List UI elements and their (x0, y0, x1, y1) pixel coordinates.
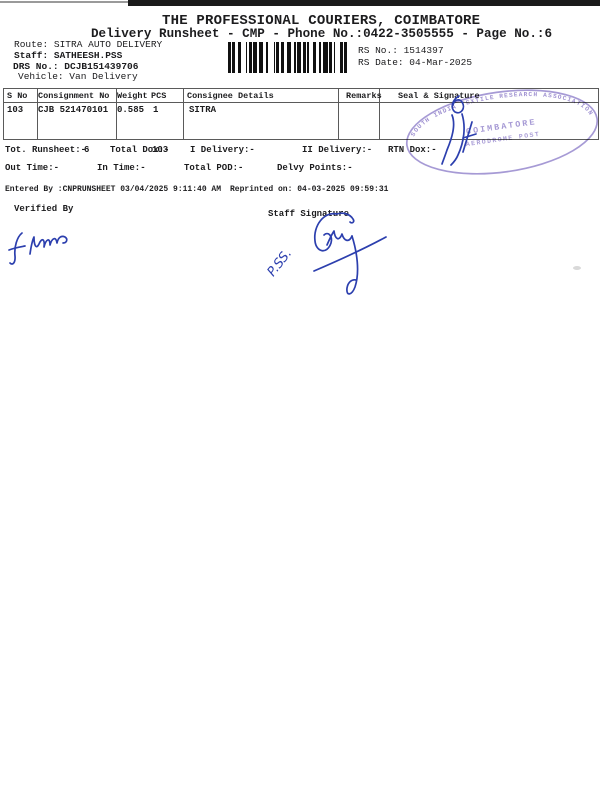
i-delivery-label: I Delivery:- (190, 145, 255, 155)
staff-signature-zigzag (327, 231, 352, 245)
rs-no-line: RS No.: 1514397 (358, 45, 444, 56)
scan-smudge (573, 266, 581, 270)
verified-signature-scribble (30, 236, 67, 254)
staff-signature-crossline (314, 237, 386, 271)
row-sno: 103 (7, 105, 23, 115)
consignment-table: S No Consignment No Weight PCS Consignee… (3, 88, 599, 140)
in-time-label: In Time:- (97, 163, 146, 173)
tot-runsheet-label: Tot. Runsheet:- (5, 145, 86, 155)
col-header-sno: S No (7, 91, 27, 101)
delvy-points-label: Delvy Points:- (277, 163, 353, 173)
delivery-runsheet-document: THE PROFESSIONAL COURIERS, COIMBATORE De… (0, 0, 600, 800)
row-consignment-no: CJB 521470101 (38, 105, 108, 115)
ii-delivery-label: II Delivery:- (302, 145, 372, 155)
col-header-consignee: Consignee Details (187, 91, 274, 101)
row-pcs: 1 (153, 105, 158, 115)
col-header-consignment: Consignment No (38, 91, 109, 101)
verified-signature-fstroke (10, 233, 22, 264)
total-dox-value: 103 (152, 145, 168, 155)
row-consignee: SITRA (189, 105, 216, 115)
entered-by-line: Entered By :CNPRUNSHEET 03/04/2025 9:11:… (5, 185, 221, 194)
tot-runsheet-value: 6 (84, 145, 89, 155)
col-header-weight: Weight (117, 91, 148, 101)
col-header-seal: Seal & Signature (398, 91, 480, 101)
scan-top-black-bar (128, 0, 600, 6)
col-header-remarks: Remarks (346, 91, 382, 101)
scan-top-gray-line (0, 1, 128, 3)
table-header-divider (4, 102, 598, 103)
col-header-pcs: PCS (151, 91, 166, 101)
verified-by-label: Verified By (14, 204, 73, 214)
staff-signature-descender (347, 236, 358, 294)
rtn-dox-label: RTN Dox:- (388, 145, 437, 155)
staff-signature-label: Staff Signature (268, 209, 349, 219)
verified-signature-cross (9, 246, 25, 250)
reprinted-line: Reprinted on: 04-03-2025 09:59:31 (230, 185, 388, 194)
row-weight: 0.585 (117, 105, 144, 115)
table-col-line-4 (338, 89, 339, 139)
total-pod-label: Total POD:- (184, 163, 243, 173)
vehicle-line: Vehicle: Van Delivery (18, 71, 138, 82)
barcode-space (347, 42, 350, 73)
rs-date-line: RS Date: 04-Mar-2025 (358, 57, 472, 68)
out-time-label: Out Time:- (5, 163, 59, 173)
drs-barcode-icon (228, 42, 350, 73)
staff-initials-handwriting: P.SS. (265, 246, 296, 279)
staff-line: Staff: SATHEESH.PSS (14, 50, 122, 61)
table-col-line-3 (183, 89, 184, 139)
route-line: Route: SITRA AUTO DELIVERY (14, 39, 162, 50)
staff-signature-loop (315, 214, 337, 251)
